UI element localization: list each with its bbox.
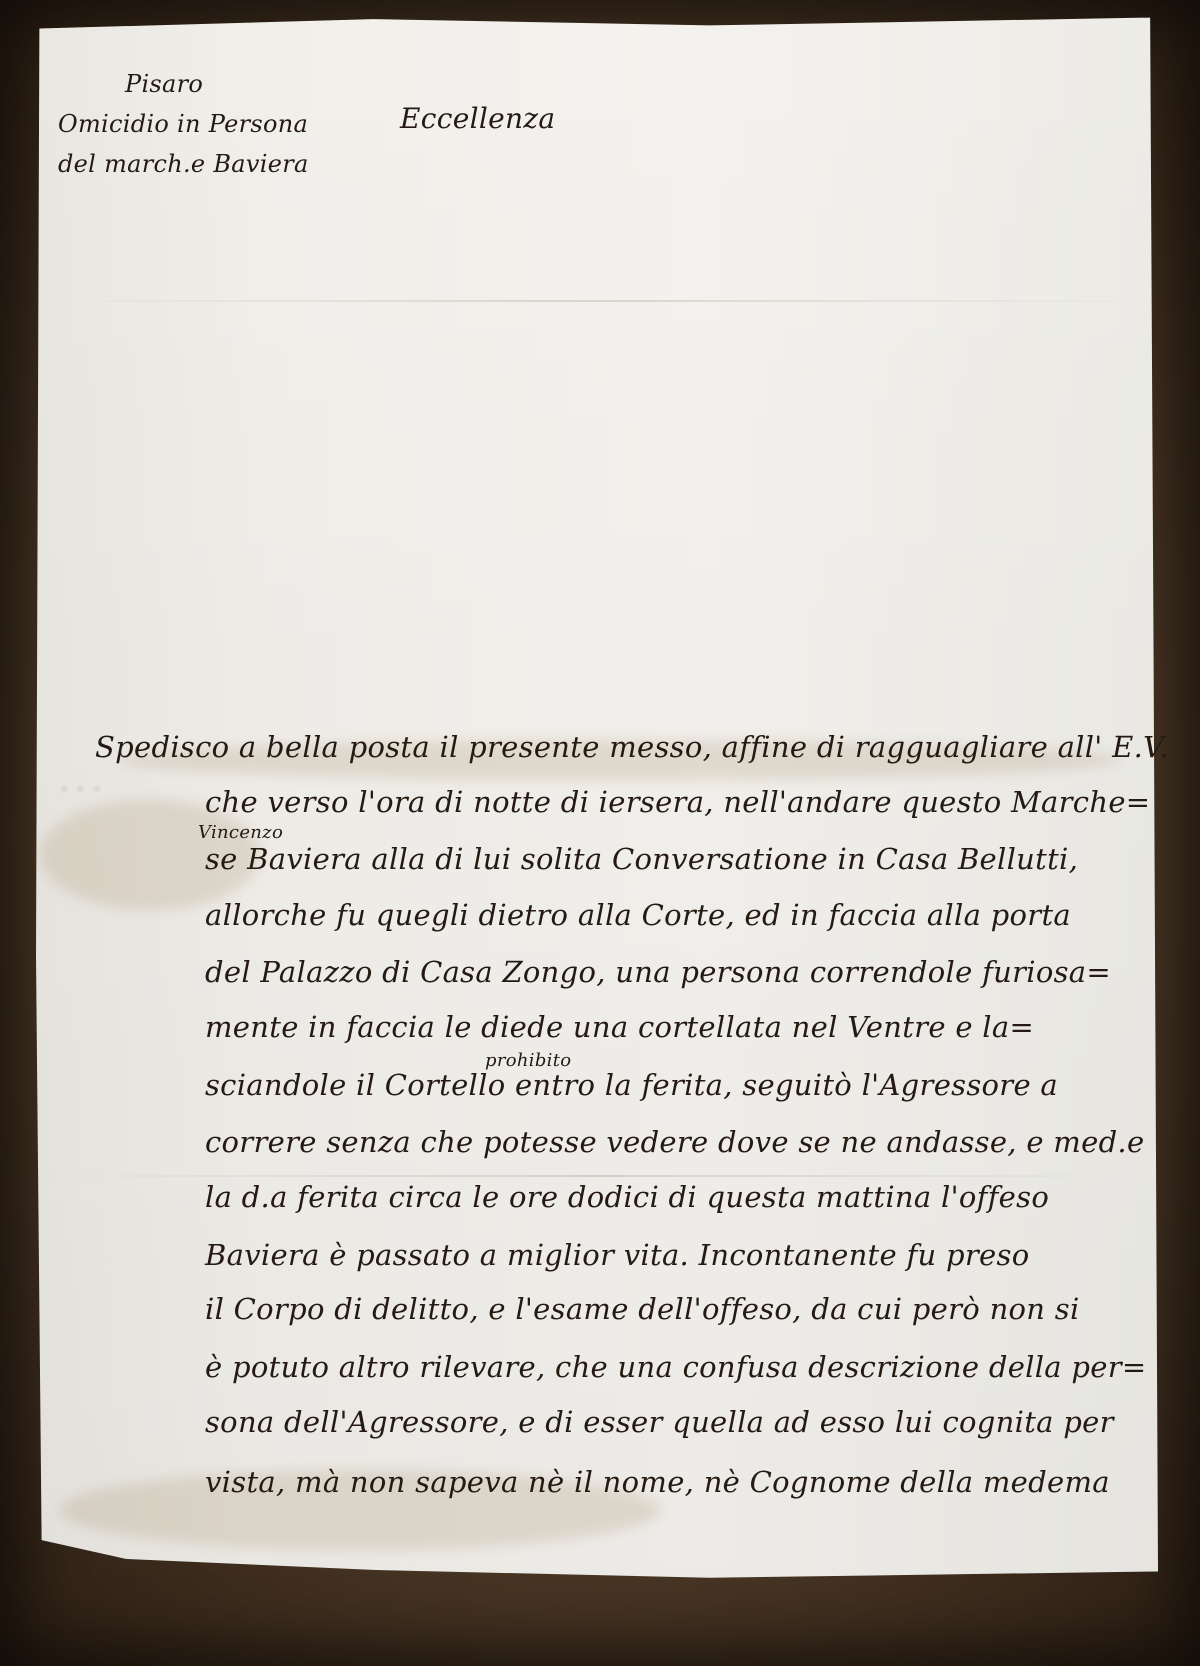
body-line: allorche fu quegli dietro alla Corte, ed… xyxy=(205,898,1071,932)
margin-note-line: Omicidio in Persona xyxy=(58,110,308,138)
body-line: sona dell'Agressore, e di esser quella a… xyxy=(205,1405,1114,1439)
margin-note-line: del march.e Baviera xyxy=(58,150,309,178)
body-line: Baviera è passato a miglior vita. Incont… xyxy=(205,1238,1029,1272)
body-line: Spedisco a bella posta il presente messo… xyxy=(95,730,1169,764)
body-line: del Palazzo di Casa Zongo, una persona c… xyxy=(205,955,1111,989)
margin-note-line: Pisaro xyxy=(125,70,203,98)
paper-fold-line xyxy=(36,300,1158,302)
bleed-through-text: · · · xyxy=(60,775,101,805)
body-line: vista, mà non sapeva nè il nome, nè Cogn… xyxy=(205,1465,1110,1499)
body-line: se Baviera alla di lui solita Conversati… xyxy=(205,842,1078,876)
body-line: che verso l'ora di notte di iersera, nel… xyxy=(205,785,1150,819)
paper-fold-line xyxy=(36,1175,1158,1177)
salutation: Eccellenza xyxy=(400,102,555,135)
body-line: è potuto altro rilevare, che una confusa… xyxy=(205,1350,1147,1384)
body-line: correre senza che potesse vedere dove se… xyxy=(205,1125,1144,1159)
body-line: il Corpo di delitto, e l'esame dell'offe… xyxy=(205,1292,1080,1326)
body-line: sciandole il Cortello entro la ferita, s… xyxy=(205,1068,1058,1102)
interlinear-insertion: Vincenzo xyxy=(198,822,283,843)
body-line: la d.a ferita circa le ore dodici di que… xyxy=(205,1180,1049,1214)
body-line: mente in faccia le diede una cortellata … xyxy=(205,1010,1034,1044)
